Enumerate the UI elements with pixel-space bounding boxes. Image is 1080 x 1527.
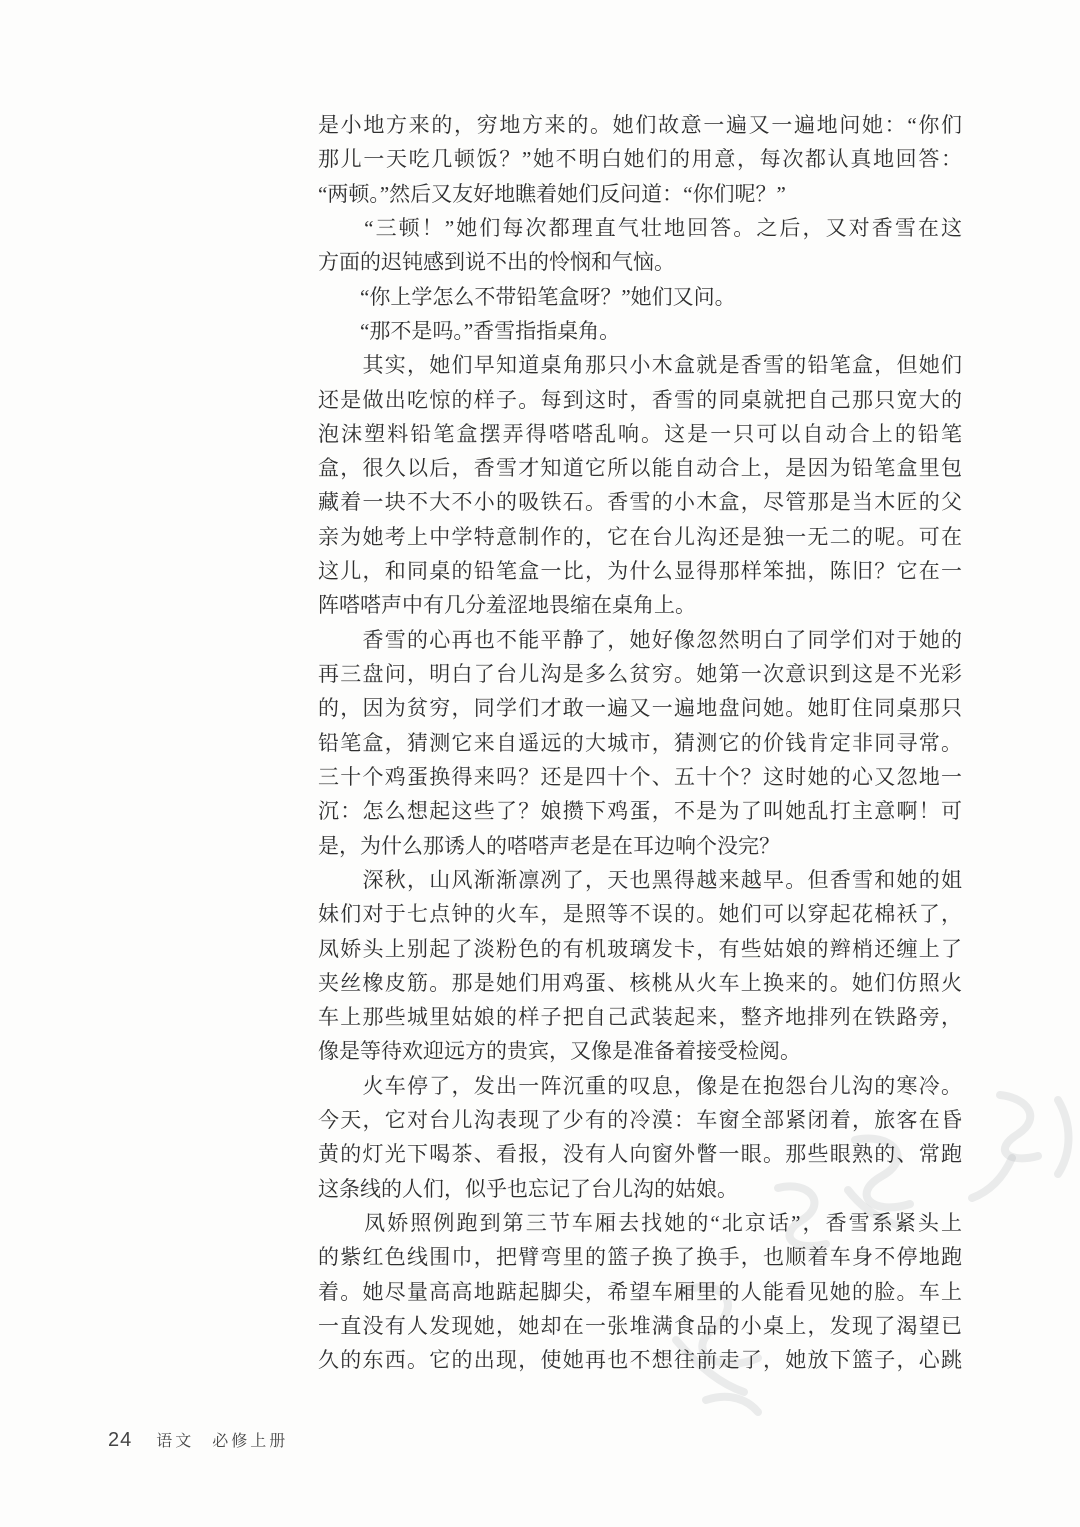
text-line: 那儿一天吃几顿饭？”她不明白她们的用意，每次都认真地回答： — [318, 142, 962, 176]
footer-subject-label: 语文 — [156, 1428, 194, 1451]
text-line: 一直没有人发现她，她却在一张堆满食品的小桌上，发现了渴望已 — [318, 1309, 962, 1343]
text-line: 铅笔盒，猜测它来自遥远的大城市，猜测它的价钱肯定非同寻常。 — [318, 726, 962, 760]
text-line: 凤娇照例跑到第三节车厢去找她的“北京话”，香雪系紧头上 — [318, 1206, 962, 1240]
text-line: “三顿！”她们每次都理直气壮地回答。之后，又对香雪在这 — [318, 211, 962, 245]
text-line: 还是做出吃惊的样子。每到这时，香雪的同桌就把自己那只宽大的 — [318, 383, 962, 417]
text-line: 的，因为贫穷，同学们才敢一遍又一遍地盘问她。她盯住同桌那只 — [318, 691, 962, 725]
text-line: 火车停了，发出一阵沉重的叹息，像是在抱怨台儿沟的寒冷。 — [318, 1069, 962, 1103]
page-footer: 24 语文 必修上册 — [108, 1428, 288, 1452]
text-line: 夹丝橡皮筋。那是她们用鸡蛋、核桃从火车上换来的。她们仿照火 — [318, 966, 962, 1000]
text-line: 这条线的人们，似乎也忘记了台儿沟的姑娘。 — [318, 1172, 962, 1206]
text-line: 今天，它对台儿沟表现了少有的冷漠：车窗全部紧闭着，旅客在昏 — [318, 1103, 962, 1137]
text-line: 盒，很久以后，香雪才知道它所以能自动合上，是因为铅笔盒里包 — [318, 451, 962, 485]
text-line: 亲为她考上中学特意制作的，它在台儿沟还是独一无二的呢。可在 — [318, 520, 962, 554]
text-line: 这儿，和同桌的铅笔盒一比，为什么显得那样笨拙，陈旧？它在一 — [318, 554, 962, 588]
text-line: 阵嗒嗒声中有几分羞涩地畏缩在桌角上。 — [318, 588, 962, 622]
text-line: 是小地方来的，穷地方来的。她们故意一遍又一遍地问她：“你们 — [318, 108, 962, 142]
text-line: 其实，她们早知道桌角那只小木盒就是香雪的铅笔盒，但她们 — [318, 348, 962, 382]
text-line: 方面的迟钝感到说不出的怜悯和气恼。 — [318, 245, 962, 279]
text-line: 久的东西。它的出现，使她再也不想往前走了，她放下篮子，心跳 — [318, 1343, 962, 1377]
text-line: 妹们对于七点钟的火车，是照等不误的。她们可以穿起花棉袄了， — [318, 897, 962, 931]
text-line: 沉：怎么想起这些了？娘攒下鸡蛋，不是为了叫她乱打主意啊！可 — [318, 794, 962, 828]
text-line: 的紫红色线围巾，把臂弯里的篮子换了换手，也顺着车身不停地跑 — [318, 1240, 962, 1274]
text-line: 像是等待欢迎远方的贵宾，又像是准备着接受检阅。 — [318, 1034, 962, 1068]
text-line: 深秋，山风渐渐凛冽了，天也黑得越来越早。但香雪和她的姐 — [318, 863, 962, 897]
text-line: 藏着一块不大不小的吸铁石。香雪的小木盒，尽管那是当木匠的父 — [318, 485, 962, 519]
textbook-page: 是小地方来的，穷地方来的。她们故意一遍又一遍地问她：“你们那儿一天吃几顿饭？”她… — [0, 0, 1080, 1527]
text-line: “两顿。”然后又友好地瞧着她们反问道：“你们呢？” — [318, 177, 962, 211]
text-line: 香雪的心再也不能平静了，她好像忽然明白了同学们对于她的 — [318, 623, 962, 657]
text-line: 车上那些城里姑娘的样子把自己武装起来，整齐地排列在铁路旁， — [318, 1000, 962, 1034]
text-line: 三十个鸡蛋换得来吗？还是四十个、五十个？这时她的心又忽地一 — [318, 760, 962, 794]
text-line: “你上学怎么不带铅笔盒呀？”她们又问。 — [318, 280, 962, 314]
text-line: 凤娇头上别起了淡粉色的有机玻璃发卡，有些姑娘的辫梢还缠上了 — [318, 932, 962, 966]
text-line: 是，为什么那诱人的嗒嗒声老是在耳边响个没完？ — [318, 829, 962, 863]
text-line: “那不是吗。”香雪指指桌角。 — [318, 314, 962, 348]
text-line: 着。她尽量高高地踮起脚尖，希望车厢里的人能看见她的脸。车上 — [318, 1275, 962, 1309]
footer-volume-label: 必修上册 — [212, 1428, 288, 1451]
text-line: 黄的灯光下喝茶、看报，没有人向窗外瞥一眼。那些眼熟的、常跑 — [318, 1137, 962, 1171]
body-text: 是小地方来的，穷地方来的。她们故意一遍又一遍地问她：“你们那儿一天吃几顿饭？”她… — [318, 108, 962, 1378]
text-line: 泡沫塑料铅笔盒摆弄得嗒嗒乱响。这是一只可以自动合上的铅笔 — [318, 417, 962, 451]
text-line: 再三盘问，明白了台儿沟是多么贫穷。她第一次意识到这是不光彩 — [318, 657, 962, 691]
page-number: 24 — [108, 1429, 132, 1452]
